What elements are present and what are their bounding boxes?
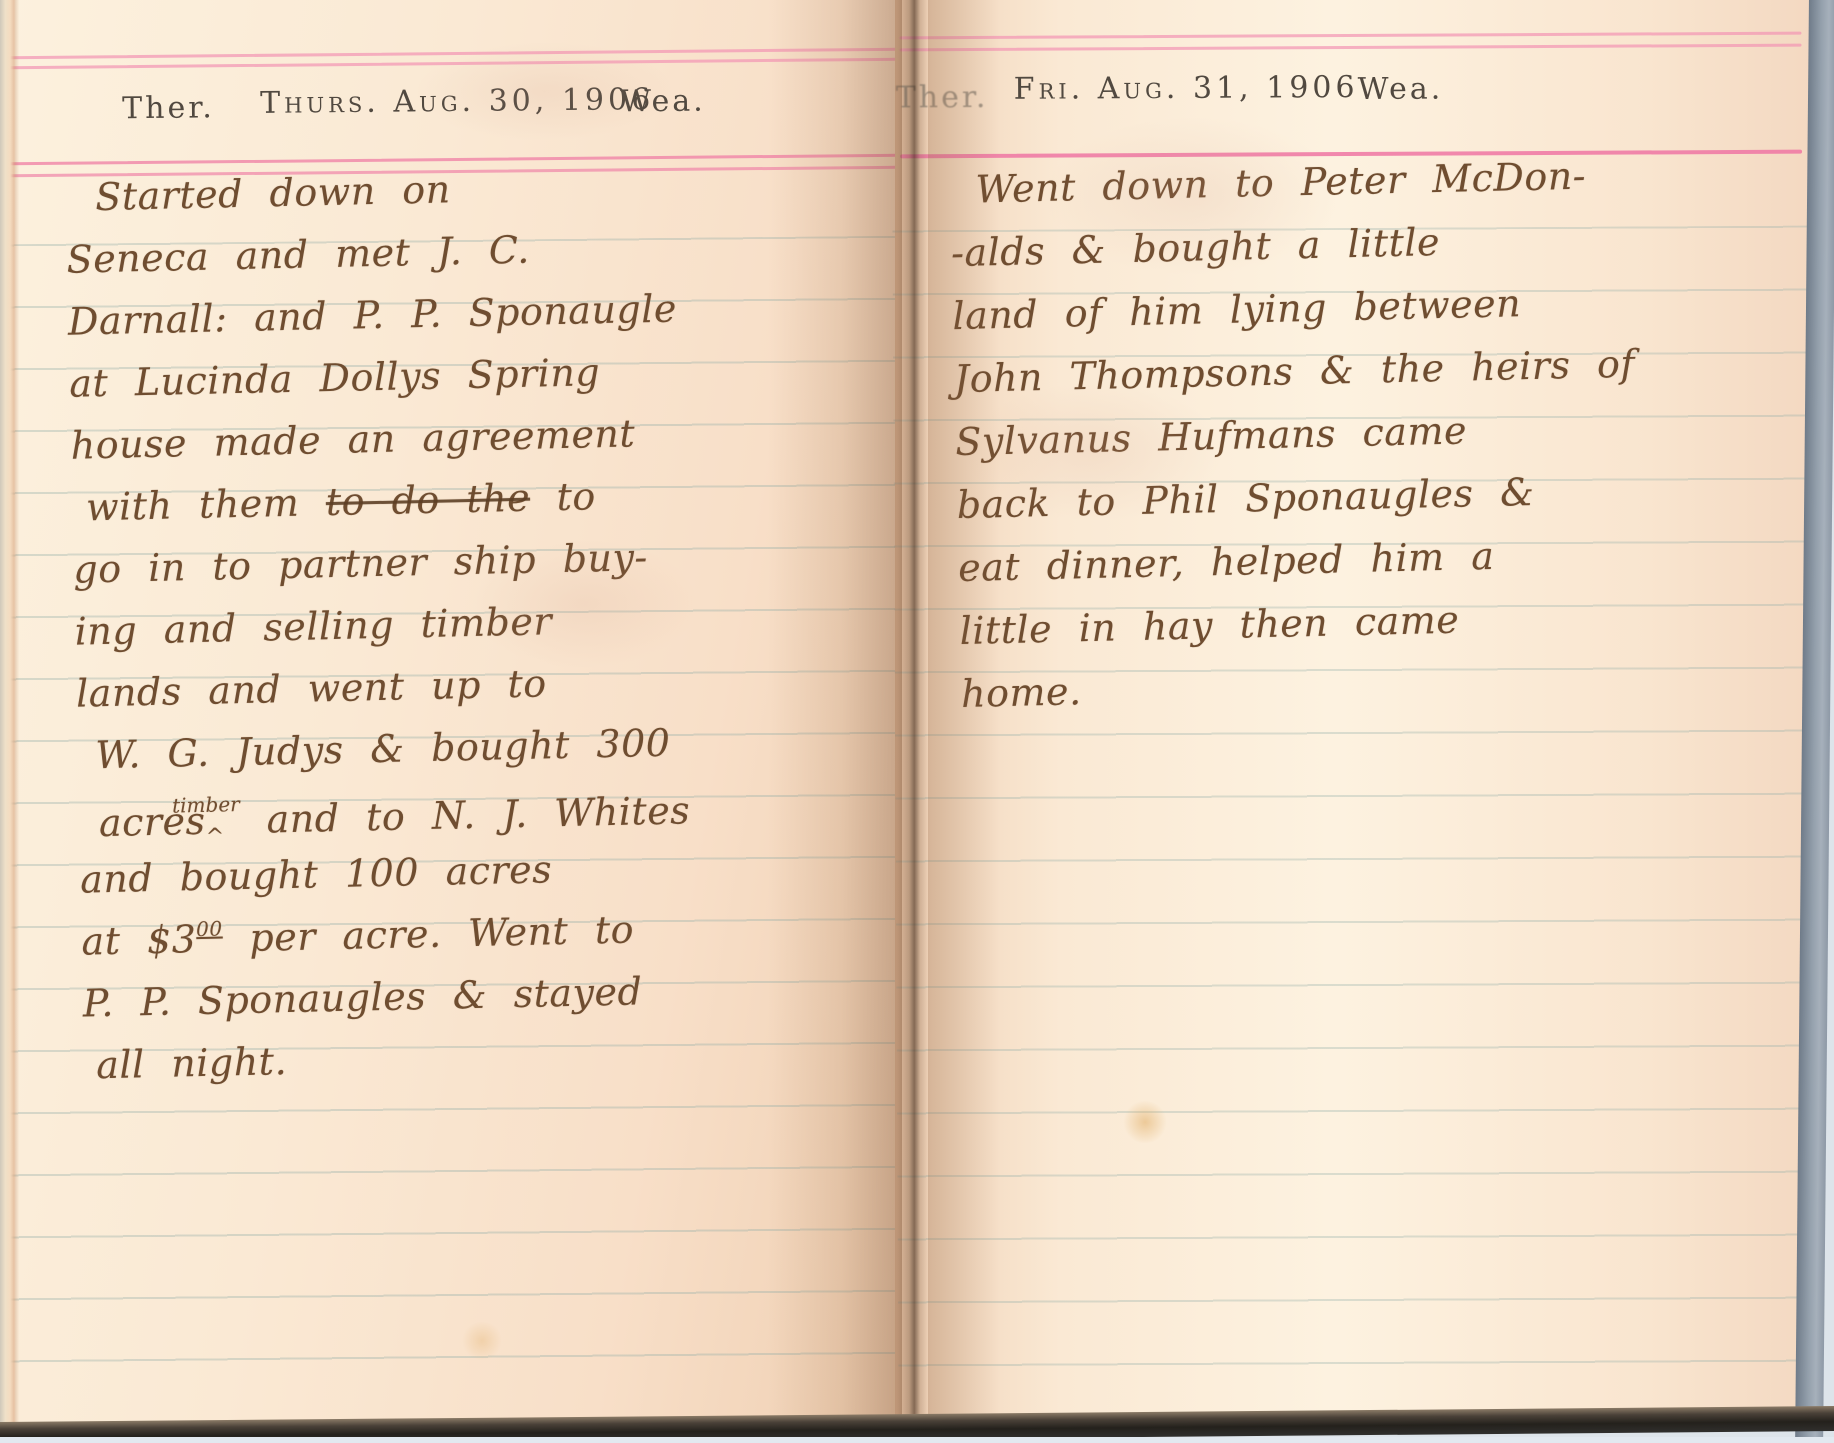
gutter-shadow-left <box>768 0 902 1430</box>
pink-rule-under-header <box>900 150 1802 159</box>
wea-label: Wea. <box>620 84 706 120</box>
handwritten-segment: Started down on <box>95 167 451 219</box>
handwritten-segment: at $3 <box>81 917 197 963</box>
date-label: Thurs. Aug. 30, 1906 <box>260 82 654 121</box>
diary-scan: Ther. Thurs. Aug. 30, 1906 Wea. Started … <box>0 0 1834 1443</box>
page-stain <box>1122 1101 1168 1143</box>
handwritten-segment: to <box>530 474 597 519</box>
pink-rule-top <box>8 58 898 70</box>
wea-label: Wea. <box>1358 72 1444 107</box>
handwritten-segment: ing and selling timber <box>74 599 552 653</box>
right-page-surface: Ther. Fri. Aug. 31, 1906 Wea. Went down … <box>891 0 1817 1428</box>
handwritten-segment-sup: 00 <box>196 916 223 941</box>
pink-rule-top <box>900 44 1802 52</box>
handwritten-segment: lands and went up to <box>76 661 547 715</box>
handwritten-segment: and bought 100 acres <box>80 847 553 901</box>
handwritten-line: all night. <box>84 1030 697 1105</box>
handwritten-segment: with them <box>86 480 327 529</box>
handwritten-segment: Seneca and met J. C. <box>66 228 530 282</box>
pink-rule-under-header <box>9 154 899 166</box>
page-edge-left <box>0 0 24 1432</box>
handwritten-segment: all night. <box>96 1039 288 1087</box>
handwritten-segment: per acre. Went to <box>222 908 634 961</box>
right-page: Ther. Fri. Aug. 31, 1906 Wea. Went down … <box>895 0 1814 1426</box>
handwritten-entry: Started down onSeneca and met J. C.Darna… <box>65 162 696 1105</box>
binding-crease <box>897 0 929 1432</box>
pink-rule-top <box>8 48 898 60</box>
pink-rule-top <box>899 32 1801 40</box>
ther-label: Ther. <box>122 90 215 126</box>
handwritten-segment-ins: timber <box>172 792 240 817</box>
page-stain <box>461 1322 503 1360</box>
handwritten-segment: and to N. J. Whites <box>240 788 691 842</box>
handwritten-segment-caret: ^ <box>206 824 225 849</box>
handwritten-segment: Went down to Peter McDon- <box>975 154 1586 212</box>
handwritten-entry: Went down to Peter McDon--alds & bought … <box>949 153 1643 735</box>
gutter-shadow-right <box>928 0 1000 1426</box>
handwritten-segment-strike: to do the <box>325 476 530 524</box>
scanner-bed-strip <box>0 1437 1834 1443</box>
date-label: Fri. Aug. 31, 1906 <box>1014 70 1359 107</box>
